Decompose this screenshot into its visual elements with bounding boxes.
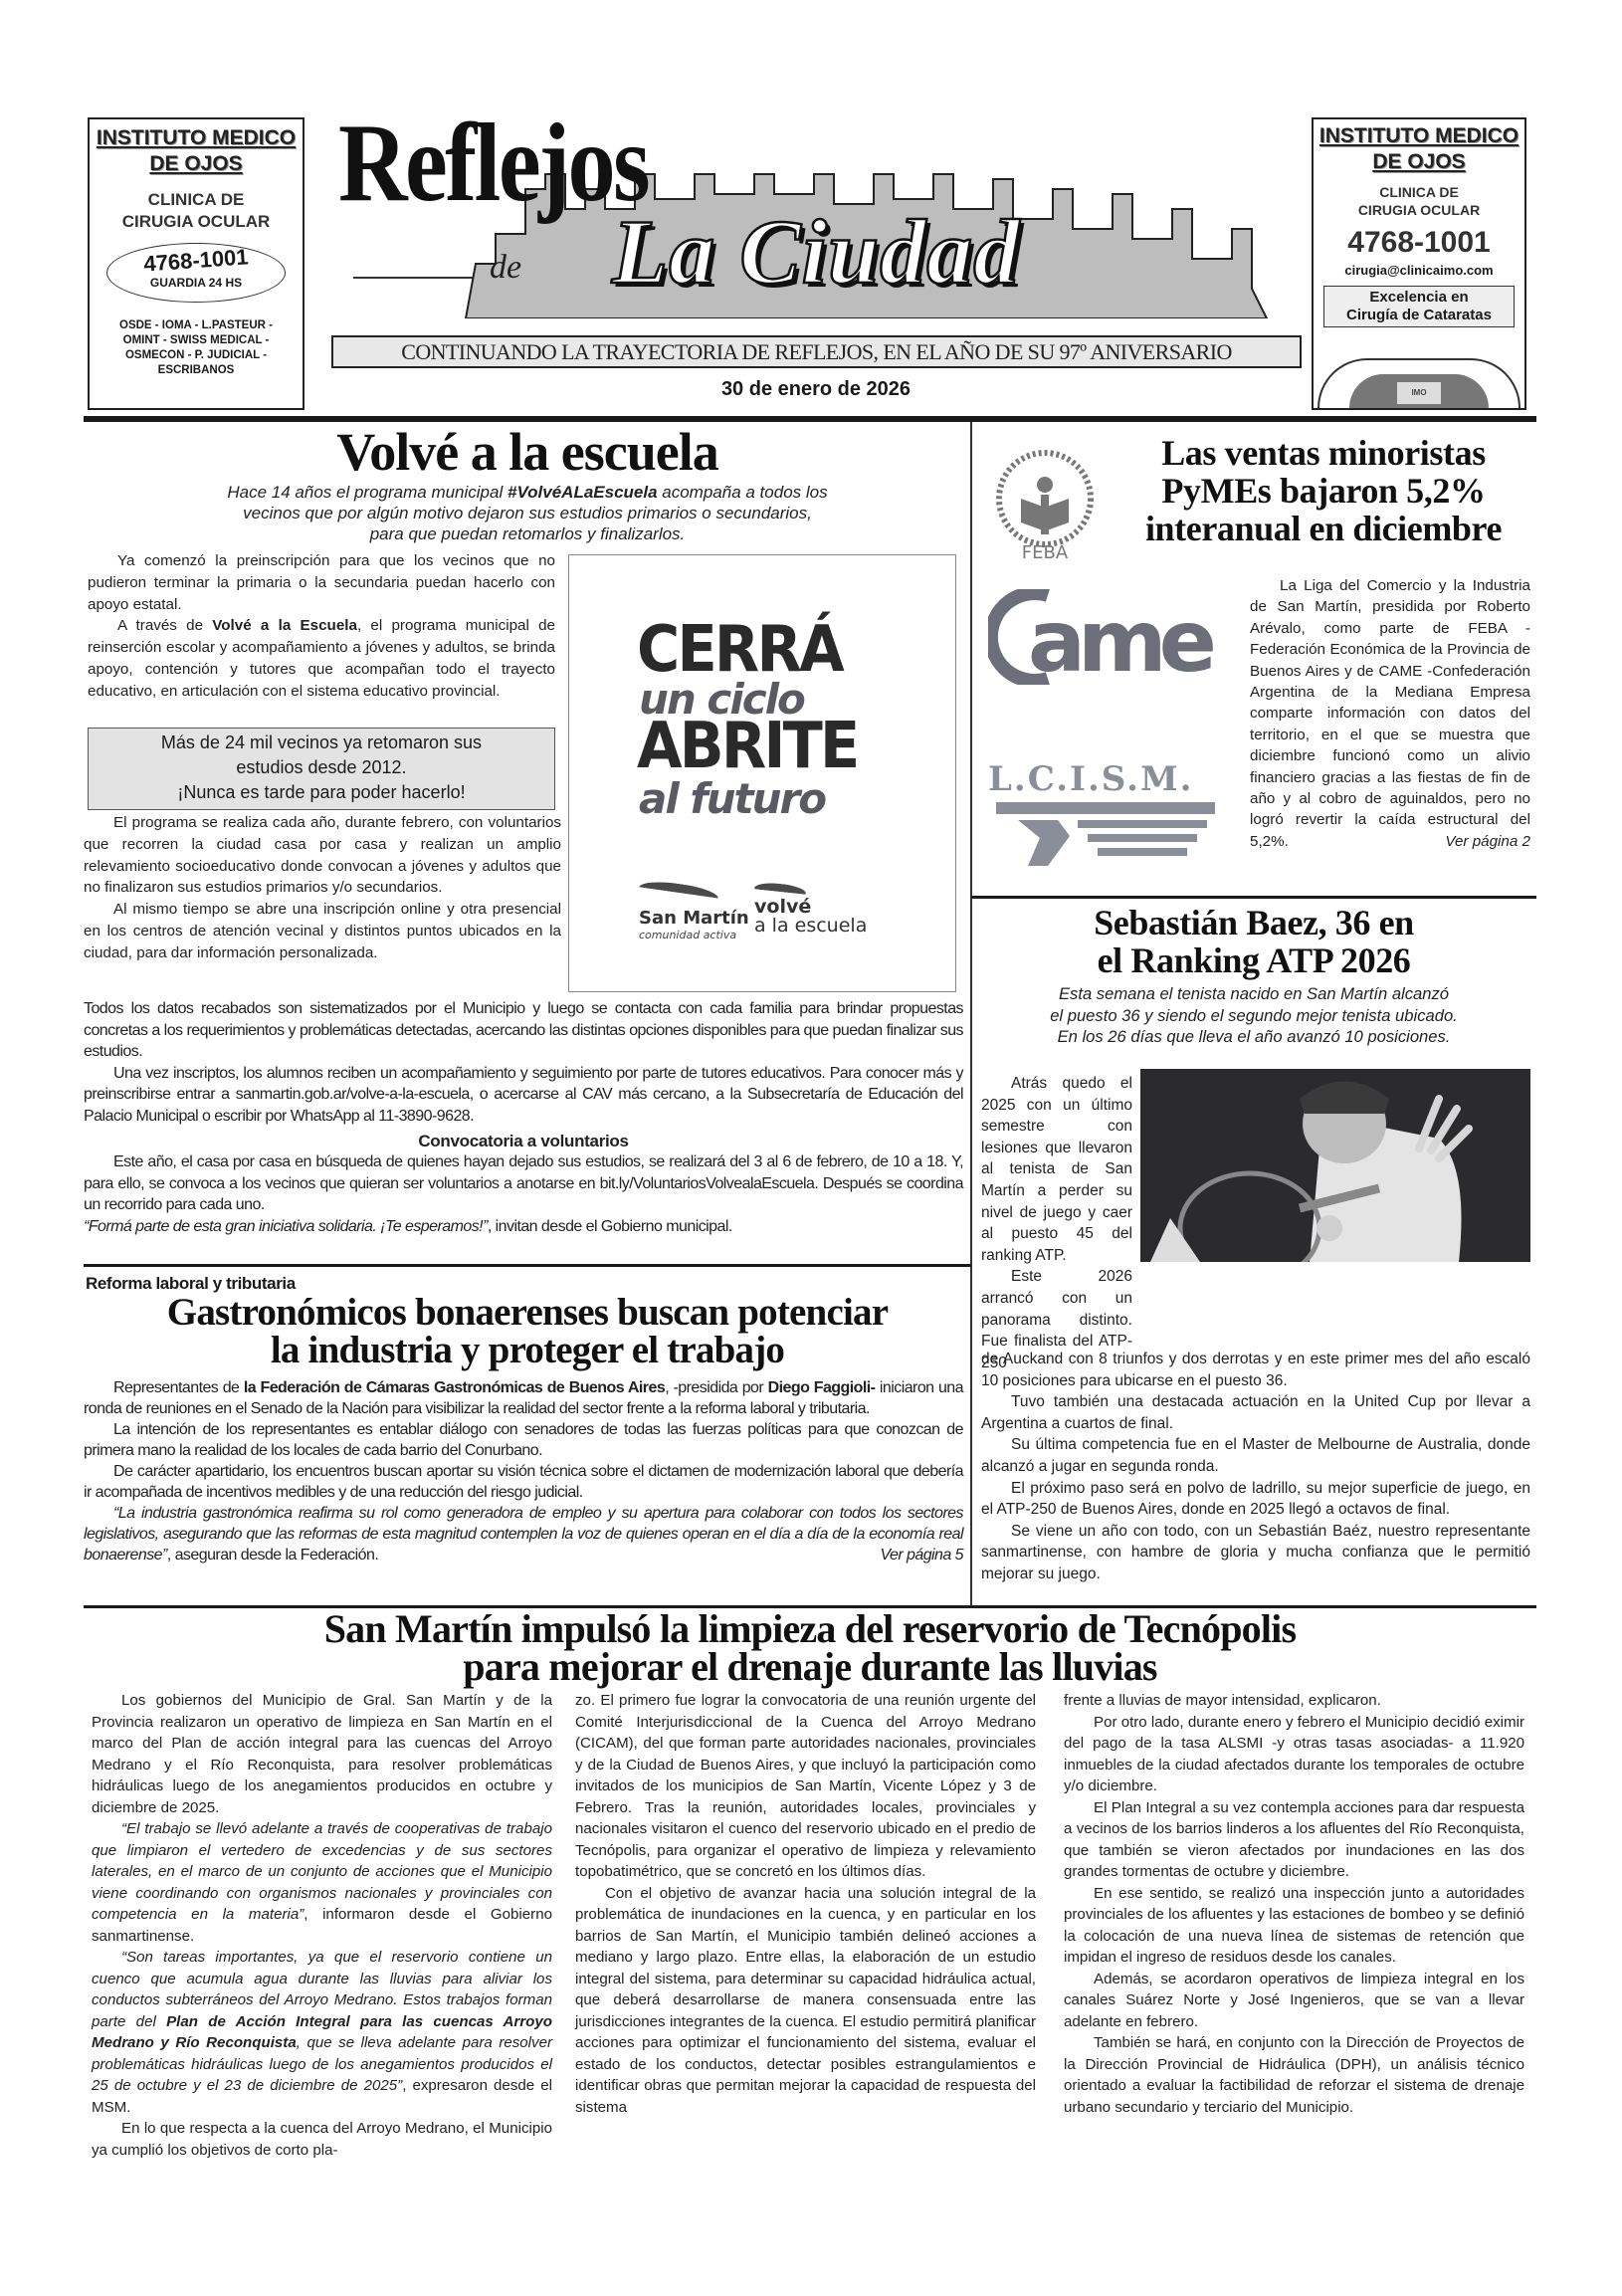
- excellence-line: Excelencia en: [1324, 289, 1514, 307]
- paragraph: de Auckand con 8 triunfos y dos derrotas…: [981, 1349, 1530, 1391]
- ad-volve-escuela[interactable]: CERRÁ un ciclo ABRITE al futuro San Mart…: [568, 554, 956, 992]
- ad-subtitle: CLINICA DE: [90, 189, 303, 211]
- headline-line: el Ranking ATP 2026: [975, 941, 1532, 979]
- headline-line: PyMEs bajaron 5,2%: [1115, 472, 1532, 510]
- headline-line: la industria y proteger el trabajo: [84, 1332, 971, 1369]
- paragraph: “El trabajo se llevó adelante a través d…: [92, 1818, 552, 1947]
- text: A través de: [117, 617, 212, 634]
- paragraph: En ese sentido, se realizó una inspecció…: [1064, 1883, 1524, 1969]
- paragraph: Se viene un año con todo, con un Sebasti…: [981, 1521, 1530, 1585]
- escuela-column-1: Ya comenzó la preinscripción para que lo…: [88, 550, 555, 703]
- escuela-full-width: Todos los datos recabados son sistematiz…: [84, 998, 963, 1238]
- paragraph: Su última competencia fue en el Master d…: [981, 1434, 1530, 1477]
- ad-title-2: DE OJOS: [1314, 149, 1524, 175]
- svg-text:FEBA: FEBA: [1022, 542, 1069, 562]
- text: La Liga del Comercio y la Industria de S…: [1250, 577, 1530, 850]
- headline-line: San Martín impulsó la limpieza del reser…: [84, 1610, 1536, 1648]
- text: , -presidida por: [665, 1379, 767, 1396]
- paragraph: “Formá parte de esta gran iniciativa sol…: [84, 1216, 963, 1238]
- imo-logo-arc: IMO: [1318, 358, 1521, 408]
- ventas-body: La Liga del Comercio y la Industria de S…: [1250, 575, 1530, 852]
- deck-volve-escuela: Hace 14 años el programa municipal #Volv…: [84, 482, 971, 544]
- paragraph: Por otro lado, durante enero y febrero e…: [1064, 1712, 1524, 1797]
- headline-line: para mejorar el drenaje durante las lluv…: [84, 1648, 1536, 1686]
- svg-text:ame: ame: [1028, 592, 1214, 685]
- came-logo-icon: ame: [988, 589, 1237, 685]
- obra-line: OMINT - SWISS MEDICAL -: [90, 333, 303, 348]
- paragraph: De carácter apartidario, los encuentros …: [84, 1461, 963, 1503]
- headline-line: interanual en diciembre: [1115, 510, 1532, 547]
- san-martin-logo: San Martín comunidad activa: [639, 884, 749, 941]
- paragraph: Los gobiernos del Municipio de Gral. San…: [92, 1690, 552, 1818]
- headline-line: Sebastián Baez, 36 en: [975, 904, 1532, 941]
- ad-obras-sociales: OSDE - IOMA - L.PASTEUR - OMINT - SWISS …: [90, 318, 303, 378]
- masthead-tagline: CONTINUANDO LA TRAYECTORIA DE REFLEJOS, …: [331, 335, 1302, 368]
- ad-email[interactable]: cirugia@clinicaimo.com: [1314, 263, 1524, 278]
- deck-line: En los 26 días que lleva el año avanzó 1…: [975, 1026, 1532, 1048]
- text-bold: Volvé a la Escuela: [212, 617, 357, 634]
- section-divider: [84, 1264, 971, 1267]
- paragraph: La Liga del Comercio y la Industria de S…: [1250, 575, 1530, 852]
- masthead-title-de: de: [490, 249, 521, 287]
- ad-excellence-box: Excelencia en Cirugía de Cataratas: [1323, 286, 1515, 327]
- ad-subtitle-2: CIRUGIA OCULAR: [90, 211, 303, 233]
- baez-col-narrow: Atrás quedo el 2025 con un último semest…: [981, 1073, 1132, 1373]
- paragraph: A través de Volvé a la Escuela, el progr…: [88, 615, 555, 702]
- paragraph: Además, se acordaron operativos de limpi…: [1064, 1969, 1524, 2033]
- masthead-title-la-ciudad: La Ciudad: [612, 204, 1020, 300]
- paragraph: Todos los datos recabados son sistematiz…: [84, 998, 963, 1063]
- feba-logo-icon: FEBA: [985, 443, 1105, 562]
- gastro-body: Representantes de la Federación de Cámar…: [84, 1377, 963, 1565]
- headline-volve-escuela[interactable]: Volvé a la escuela: [84, 423, 971, 481]
- tecnopolis-col-3: frente a lluvias de mayor intensidad, ex…: [1064, 1690, 1524, 2118]
- ad-instituto-medico-right: INSTITUTO MEDICO DE OJOS CLINICA DE CIRU…: [1312, 117, 1526, 410]
- top-rule: [84, 416, 1536, 422]
- paragraph: “La industria gastronómica reafirma su r…: [84, 1503, 963, 1565]
- svg-text:L.C.I.S.M.: L.C.I.S.M.: [988, 759, 1193, 799]
- headline-tecnopolis[interactable]: San Martín impulsó la limpieza del reser…: [84, 1610, 1536, 1686]
- paragraph: El Plan Integral a su vez contempla acci…: [1064, 1797, 1524, 1883]
- text-bold: la Federación de Cámaras Gastronómicas d…: [244, 1379, 665, 1396]
- headline-gastronomicos[interactable]: Gastronómicos bonaerenses buscan potenci…: [84, 1294, 971, 1369]
- paragraph: La intención de los representantes es en…: [84, 1419, 963, 1461]
- text: Representantes de: [113, 1379, 244, 1396]
- highlight-box: Más de 24 mil vecinos ya retomaron sus e…: [88, 728, 555, 810]
- imo-logo-icon: IMO: [1397, 382, 1441, 404]
- see-page-link[interactable]: Ver página 5: [850, 1545, 963, 1565]
- masthead-title-reflejos: Reflejos: [338, 107, 648, 219]
- deck-line: Hace 14 años el programa municipal #Volv…: [84, 482, 971, 503]
- paragraph: Al mismo tiempo se abre una inscripción …: [84, 899, 561, 963]
- ad-subtitle: CLINICA DE: [1314, 183, 1524, 201]
- obra-line: ESCRIBANOS: [90, 363, 303, 378]
- lcism-logo-icon: L.C.I.S.M.: [988, 756, 1227, 871]
- paragraph: Ya comenzó la preinscripción para que lo…: [88, 550, 555, 615]
- column-divider: [970, 422, 972, 1608]
- issue-date: 30 de enero de 2026: [328, 378, 1304, 401]
- deck-line: para que puedan retomarlos y finalizarlo…: [84, 523, 971, 544]
- deck-line: vecinos que por algún motivo dejaron sus…: [84, 503, 971, 523]
- deck-line: el puesto 36 y siendo el segundo mejor t…: [975, 1005, 1532, 1027]
- ad-phone: 4768-1001: [106, 244, 285, 278]
- paragraph: El próximo paso será en polvo de ladrill…: [981, 1478, 1530, 1521]
- logo-name: San Martín: [639, 908, 749, 929]
- ad-subtitle-2: CIRUGIA OCULAR: [1314, 201, 1524, 219]
- headline-line: Gastronómicos bonaerenses buscan potenci…: [84, 1294, 971, 1332]
- subhead-voluntarios: Convocatoria a voluntarios: [84, 1131, 963, 1152]
- san-martin-arc-icon: [638, 879, 719, 908]
- text-bold: Diego Faggioli-: [768, 1379, 876, 1396]
- ad-abrite: ABRITE: [637, 717, 858, 776]
- headline-line: Las ventas minoristas: [1115, 434, 1532, 472]
- tennis-player-photo-icon: [1140, 1069, 1530, 1262]
- baez-col-wide: de Auckand con 8 triunfos y dos derrotas…: [981, 1349, 1530, 1585]
- paragraph: zo. El primero fue lograr la convocatori…: [575, 1690, 1036, 1883]
- paragraph: Con el objetivo de avanzar hacia una sol…: [575, 1883, 1036, 2119]
- paragraph: También se hará, en conjunto con la Dire…: [1064, 2032, 1524, 2118]
- obra-line: OSDE - IOMA - L.PASTEUR -: [90, 318, 303, 333]
- paragraph: El programa se realiza cada año, durante…: [84, 812, 561, 899]
- paragraph: “Son tareas importantes, ya que el reser…: [92, 1947, 552, 2118]
- ad-title: INSTITUTO MEDICO: [90, 125, 303, 151]
- ad-instituto-medico-left: INSTITUTO MEDICO DE OJOS CLINICA DE CIRU…: [88, 117, 304, 410]
- escuela-column-1b: El programa se realiza cada año, durante…: [84, 812, 561, 964]
- logo-line: a la escuela: [754, 916, 867, 936]
- paragraph: Este año, el casa por casa en búsqueda d…: [84, 1151, 963, 1216]
- deck-text: acompaña a todos los: [658, 483, 828, 502]
- ad-phone: 4768-1001: [1314, 225, 1524, 261]
- section-divider: [971, 896, 1536, 899]
- tecnopolis-col-1: Los gobiernos del Municipio de Gral. San…: [92, 1690, 552, 2161]
- paragraph: Atrás quedo el 2025 con un último semest…: [981, 1073, 1132, 1266]
- paragraph: Una vez inscriptos, los alumnos reciben …: [84, 1063, 963, 1128]
- ad-title-2: DE OJOS: [90, 151, 303, 177]
- highlight-line: ¡Nunca es tarde para poder hacerlo!: [89, 780, 554, 805]
- highlight-line: Más de 24 mil vecinos ya retomaron sus: [89, 731, 554, 755]
- paragraph: frente a lluvias de mayor intensidad, ex…: [1064, 1690, 1524, 1712]
- volve-escuela-logo: volvé a la escuela: [754, 884, 867, 936]
- ad-cerra: CERRÁ: [637, 620, 842, 680]
- ad-al-futuro: al futuro: [639, 779, 825, 819]
- paragraph: Representantes de la Federación de Cámar…: [84, 1377, 963, 1419]
- deck-line: Esta semana el tenista nacido en San Mar…: [975, 983, 1532, 1005]
- excellence-line: Cirugía de Cataratas: [1324, 307, 1514, 324]
- ad-guardia: GUARDIA 24 HS: [107, 276, 285, 290]
- obra-line: OSMECON - P. JUDICIAL -: [90, 348, 303, 363]
- paragraph: Tuvo también una destacada actuación en …: [981, 1391, 1530, 1434]
- quote: “Formá parte de esta gran iniciativa sol…: [84, 1218, 488, 1235]
- photo-sebastian-baez[interactable]: [1140, 1069, 1530, 1262]
- logo-line: volvé: [754, 898, 867, 916]
- headline-baez[interactable]: Sebastián Baez, 36 en el Ranking ATP 202…: [975, 904, 1532, 979]
- headline-ventas-minoristas[interactable]: Las ventas minoristas PyMEs bajaron 5,2%…: [1115, 434, 1532, 547]
- highlight-line: estudios desde 2012.: [89, 755, 554, 780]
- logo-sub: comunidad activa: [639, 929, 749, 941]
- deck-baez: Esta semana el tenista nacido en San Mar…: [975, 983, 1532, 1048]
- tecnopolis-col-2: zo. El primero fue lograr la convocatori…: [575, 1690, 1036, 2118]
- see-page-link[interactable]: Ver página 2: [1415, 831, 1530, 852]
- hashtag: #VolvéALaEscuela: [507, 483, 658, 502]
- deck-text: Hace 14 años el programa municipal: [227, 483, 507, 502]
- phone-oval: 4768-1001 GUARDIA 24 HS: [106, 243, 286, 303]
- paragraph: En lo que respecta a la cuenca del Arroy…: [92, 2118, 552, 2161]
- text: , aseguran desde la Federación.: [167, 1547, 378, 1564]
- text: , invitan desde el Gobierno municipal.: [488, 1218, 732, 1235]
- ad-title: INSTITUTO MEDICO: [1314, 123, 1524, 149]
